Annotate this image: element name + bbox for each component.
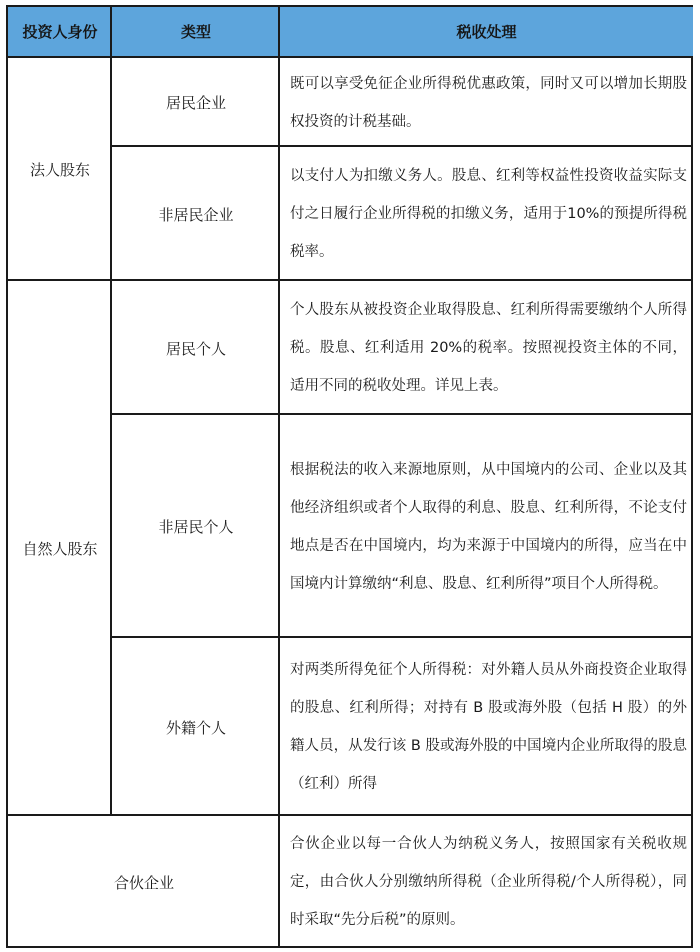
treatment-resident-enterprise: 既可以享受免征企业所得税优惠政策，同时又可以增加长期股权投资的计税基础。: [282, 58, 693, 147]
col-divider-2: [278, 7, 280, 948]
type-nonresident-enterprise: 非居民企业: [112, 147, 280, 281]
identity-natural-shareholder: 自然人股东: [8, 281, 112, 816]
treatment-nonresident-individual: 根据税法的收入来源地原则，从中国境内的公司、企业以及其他经济组织或者个人取得的利…: [282, 415, 693, 638]
treatment-partnership: 合伙企业以每一合伙人为纳税义务人，按照国家有关税收规定，由合伙人分别缴纳所得税（…: [282, 816, 693, 948]
row-divider: [112, 145, 693, 147]
treatment-resident-individual: 个人股东从被投资企业取得股息、红利所得需要缴纳个人所得税。股息、红利适用 20%…: [282, 281, 693, 415]
row-divider: [8, 279, 693, 281]
identity-partnership: 合伙企业: [8, 816, 280, 948]
type-nonresident-individual: 非居民个人: [112, 415, 280, 638]
col-divider-1: [110, 7, 112, 816]
tax-treatment-table: 投资人身份 类型 税收处理 法人股东 自然人股东 合伙企业 居民企业 非居民企业…: [6, 5, 693, 948]
row-divider: [112, 413, 693, 415]
type-foreign-individual: 外籍个人: [112, 638, 280, 816]
header-treatment: 税收处理: [280, 7, 693, 56]
identity-legal-shareholder: 法人股东: [8, 58, 112, 280]
row-divider: [8, 814, 693, 816]
header-type: 类型: [112, 7, 280, 56]
row-divider: [112, 636, 693, 638]
treatment-foreign-individual: 对两类所得免征个人所得税：对外籍人员从外商投资企业取得的股息、红利所得；对持有 …: [282, 638, 693, 816]
header-identity: 投资人身份: [8, 7, 112, 56]
type-resident-enterprise: 居民企业: [112, 58, 280, 147]
treatment-nonresident-enterprise: 以支付人为扣缴义务人。股息、红利等权益性投资收益实际支付之日履行企业所得税的扣缴…: [282, 147, 693, 281]
type-resident-individual: 居民个人: [112, 281, 280, 415]
